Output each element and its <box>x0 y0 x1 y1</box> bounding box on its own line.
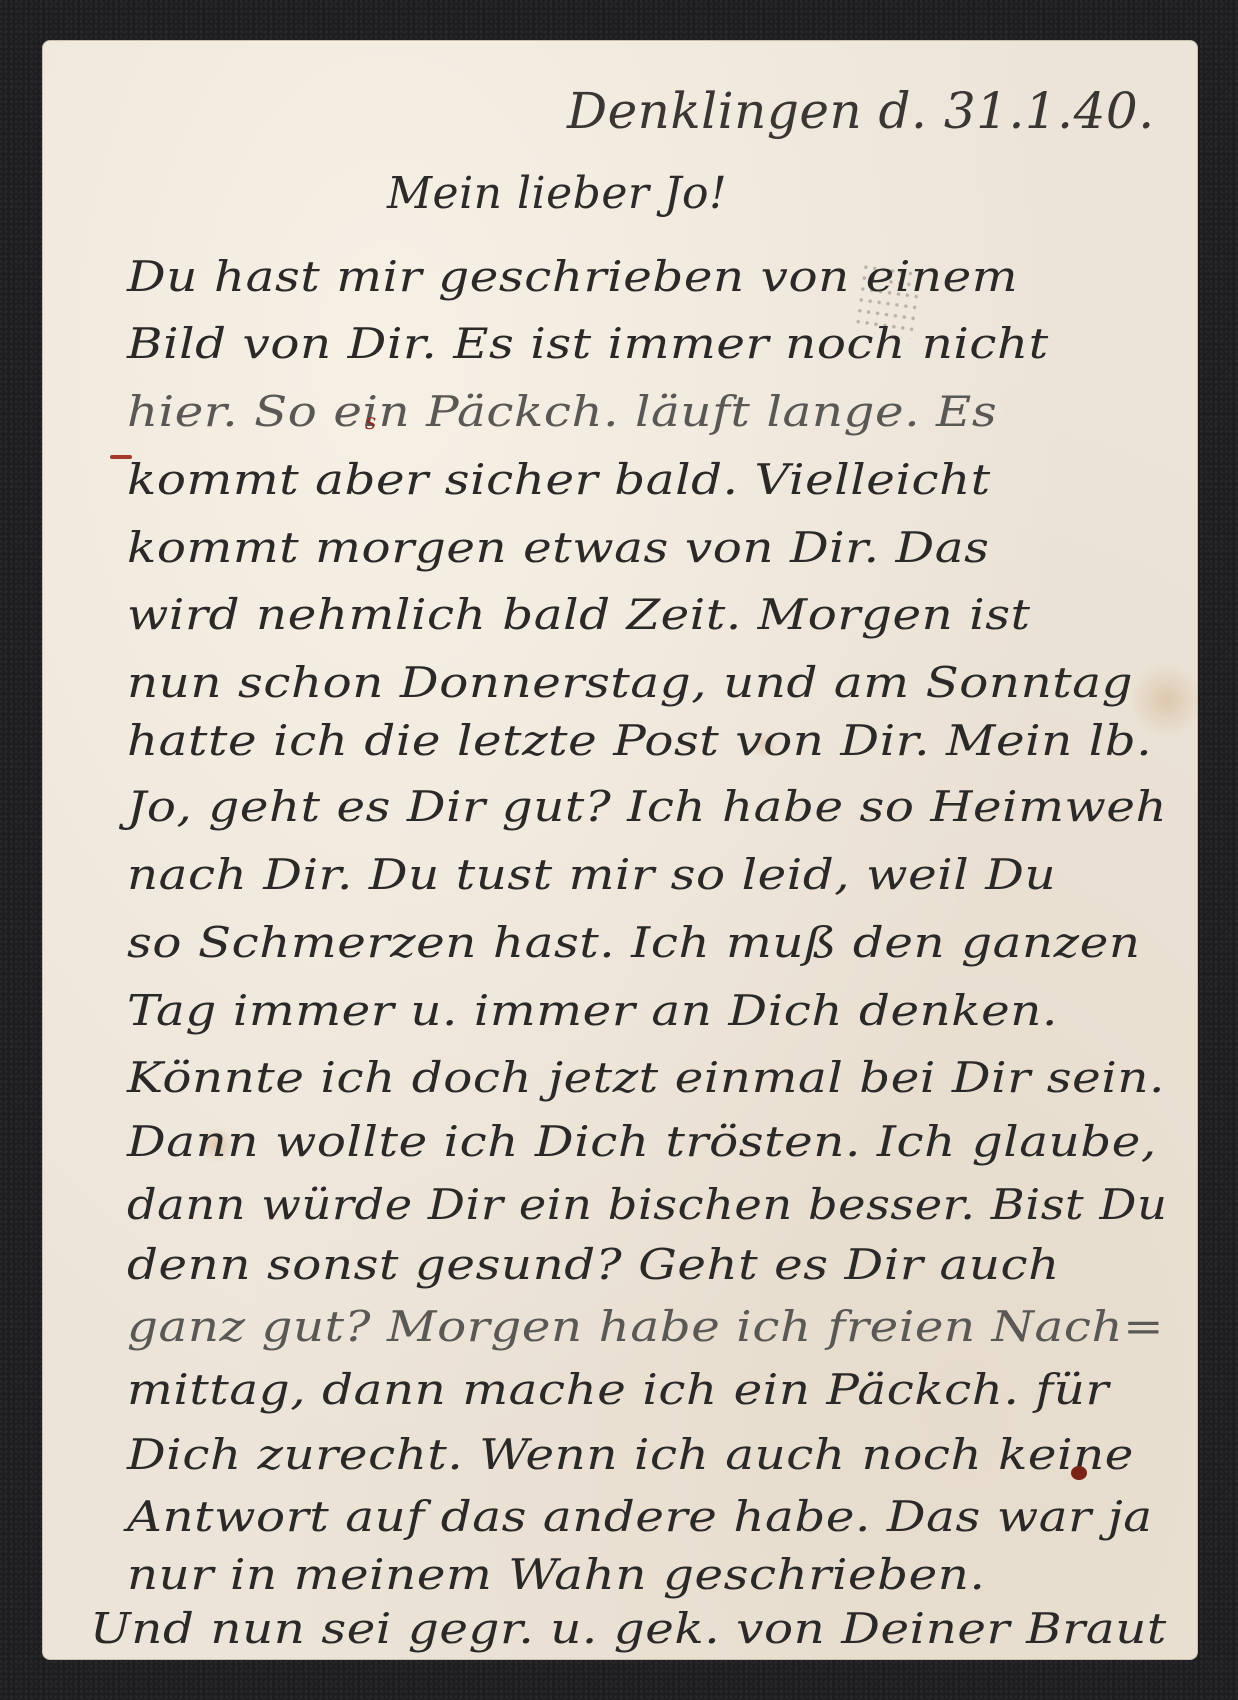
closing-line: Und nun sei gegr. u. gek. von Deiner Bra… <box>90 1604 1167 1653</box>
postcard: Denklingen d. 31.1.40. Mein lieber Jo! D… <box>42 40 1198 1660</box>
letter-line: dann würde Dir ein bischen besser. Bist … <box>127 1180 1167 1229</box>
letter-line: Antwort auf das andere habe. Das war ja <box>127 1492 1153 1541</box>
letter-line: ganz gut? Morgen habe ich freien Nach= <box>127 1302 1164 1351</box>
letter-line: Dich zurecht. Wenn ich auch noch keine <box>127 1430 1134 1479</box>
greeting: Mein lieber Jo! <box>387 168 727 219</box>
letter-line: nur in meinem Wahn geschrieben. <box>127 1550 985 1599</box>
letter-line: Könnte ich doch jetzt einmal bei Dir sei… <box>127 1053 1165 1102</box>
letter-line: Bild von Dir. Es ist immer noch nicht <box>127 319 1049 368</box>
letter-line: Dann wollte ich Dich trösten. Ich glaube… <box>127 1117 1157 1166</box>
letter-line: kommt aber sicher bald. Vielleicht <box>127 455 991 504</box>
letter-line: kommt morgen etwas von Dir. Das <box>127 523 990 572</box>
letter-line: Tag immer u. immer an Dich denken. <box>127 986 1058 1035</box>
letter-line: nach Dir. Du tust mir so leid, weil Du <box>127 850 1056 899</box>
place-and-date: Denklingen d. 31.1.40. <box>567 82 1155 140</box>
letter-line: hatte ich die letzte Post von Dir. Mein … <box>127 716 1152 765</box>
red-correction-strike <box>110 455 132 459</box>
letter-line: wird nehmlich bald Zeit. Morgen ist <box>127 590 1031 639</box>
letter-line: Du hast mir geschrieben von einem <box>127 252 1018 301</box>
letter-line: mittag, dann mache ich ein Päckch. für <box>127 1365 1109 1414</box>
letter-line: hier. So ein Päckch. läuft lange. Es <box>127 387 997 436</box>
letter-line: nun schon Donnerstag, und am Sonntag <box>127 658 1133 707</box>
red-ink-blot <box>1071 1466 1087 1480</box>
letter-line: so Schmerzen hast. Ich muß den ganzen <box>127 918 1141 967</box>
letter-line: denn sonst gesund? Geht es Dir auch <box>127 1240 1060 1289</box>
letter-line: Jo, geht es Dir gut? Ich habe so Heimweh <box>127 782 1167 831</box>
